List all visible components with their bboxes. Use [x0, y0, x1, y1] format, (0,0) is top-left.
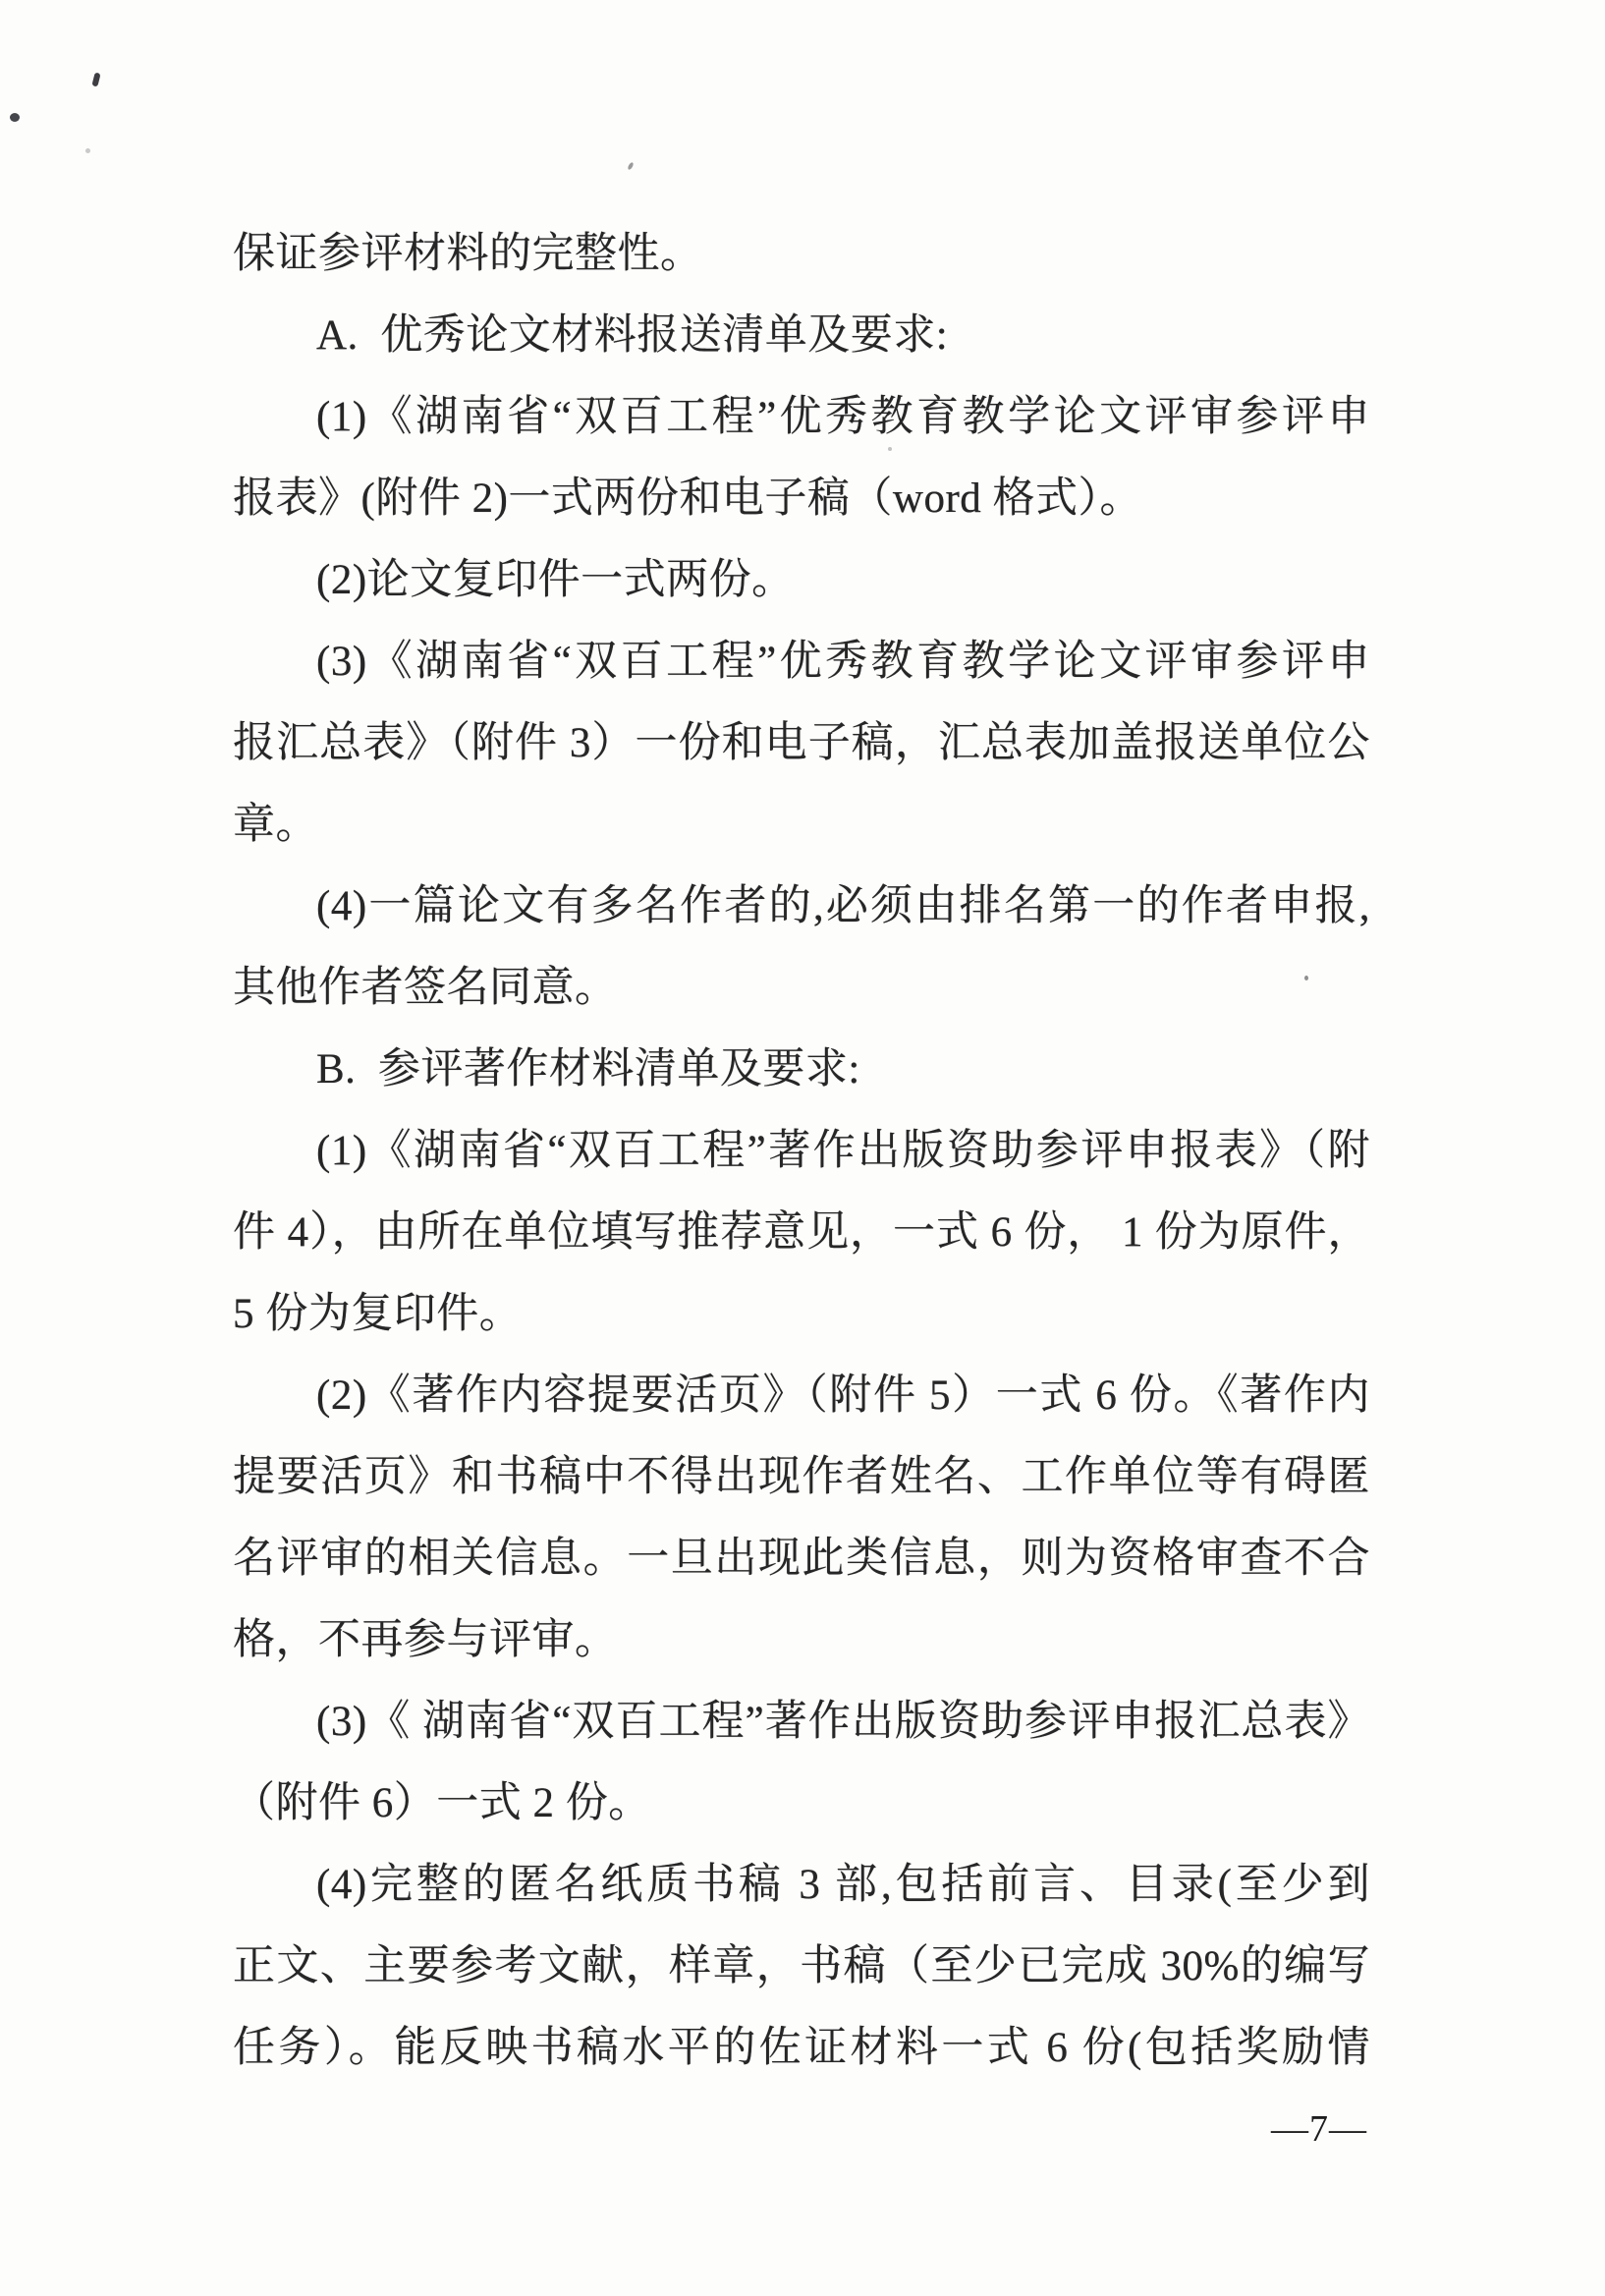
text-line: (1)《湖南省“双百工程”优秀教育教学论文评审参评申 [233, 376, 1370, 458]
text-line: (1)《湖南省“双百工程”著作出版资助参评申报表》（附 [233, 1110, 1370, 1192]
text-line: (3)《湖南省“双百工程”优秀教育教学论文评审参评申 [233, 621, 1370, 702]
document-page: 保证参评材料的完整性。A. 优秀论文材料报送清单及要求:(1)《湖南省“双百工程… [0, 0, 1605, 2296]
text-line: A. 优秀论文材料报送清单及要求: [233, 295, 1370, 376]
scan-speck [10, 113, 20, 122]
text-line: 名评审的相关信息。一旦出现此类信息，则为资格审查不合 [233, 1518, 1370, 1599]
text-line: (4)完整的匿名纸质书稿 3 部,包括前言、目录(至少到节)、 [233, 1844, 1370, 1926]
page-number: —7— [1257, 2089, 1381, 2170]
scan-speck [91, 72, 100, 86]
text-line: 件 4），由所在单位填写推荐意见，一式 6 份， 1 份为原件， [233, 1192, 1370, 1273]
text-line: 格，不再参与评审。 [233, 1599, 1370, 1681]
text-line: （附件 6）一式 2 份。 [233, 1763, 1370, 1844]
text-line: 5 份为复印件。 [233, 1273, 1370, 1355]
text-line: 报表》(附件 2)一式两份和电子稿（word 格式）。 [233, 458, 1370, 539]
document-body: 保证参评材料的完整性。A. 优秀论文材料报送清单及要求:(1)《湖南省“双百工程… [233, 213, 1370, 2089]
text-line: B. 参评著作材料清单及要求: [233, 1029, 1370, 1110]
text-line: 其他作者签名同意。 [233, 947, 1370, 1029]
text-line: 保证参评材料的完整性。 [233, 213, 1370, 295]
text-line: (2)《著作内容提要活页》（附件 5）一式 6 份。《著作内容 [233, 1355, 1370, 1436]
text-line: 提要活页》和书稿中不得出现作者姓名、工作单位等有碍匿 [233, 1436, 1370, 1518]
text-line: 任务）。能反映书稿水平的佐证材料一式 6 份(包括奖励情况、 [233, 2007, 1370, 2089]
scan-speck [85, 148, 90, 153]
text-line: 报汇总表》（附件 3）一份和电子稿，汇总表加盖报送单位公 [233, 702, 1370, 784]
text-line: (2)论文复印件一式两份。 [233, 539, 1370, 621]
text-line: (3)《 湖南省“双百工程”著作出版资助参评申报汇总表》 [233, 1681, 1370, 1763]
scan-speck [627, 162, 634, 171]
text-line: 章。 [233, 784, 1370, 866]
text-line: (4)一篇论文有多名作者的,必须由排名第一的作者申报, [233, 866, 1370, 947]
text-line: 正文、主要参考文献，样章，书稿（至少已完成 30%的编写 [233, 1926, 1370, 2007]
